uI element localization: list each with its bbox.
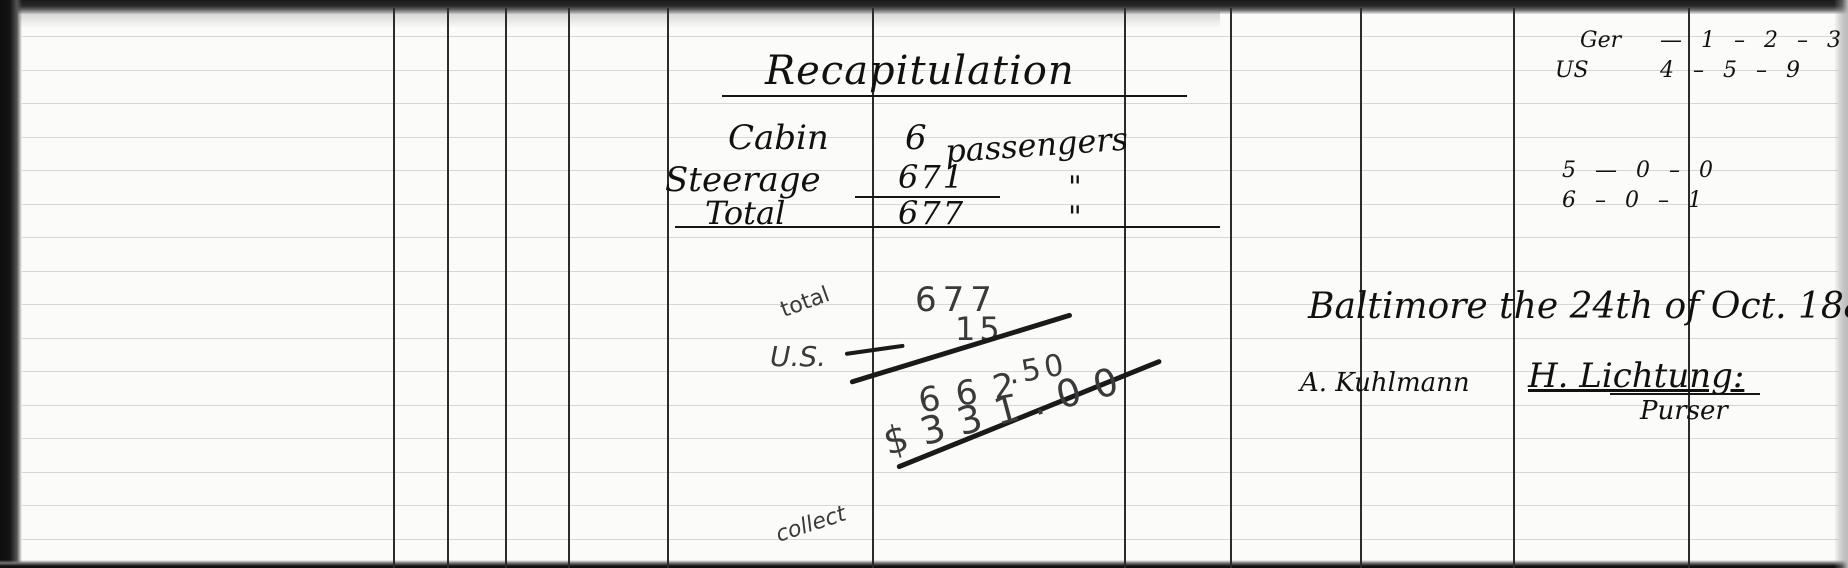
bottom-edge <box>0 560 1848 568</box>
ruled-line <box>22 237 1838 238</box>
ruled-line <box>22 36 1838 37</box>
pencil-collect-label: collect <box>773 501 849 547</box>
purser-signature: H. Lichtung: <box>1528 356 1744 396</box>
tally-label: US <box>1555 58 1589 83</box>
column-rule <box>505 8 507 568</box>
ruled-line <box>22 103 1838 104</box>
tally-values: — 1 – 2 – 3 <box>1660 28 1847 53</box>
cabin-label: Cabin <box>728 118 829 158</box>
pencil-us-label: U.S. <box>770 340 826 373</box>
ruled-line <box>22 271 1838 272</box>
purser-title: Purser <box>1640 396 1728 426</box>
ledger-page: Recapitulation Cabin 6 passengers Steera… <box>0 0 1848 568</box>
column-rule <box>568 8 570 568</box>
pencil-total-label: total <box>777 282 833 323</box>
column-rule <box>447 8 449 568</box>
steerage-count: 671 <box>898 158 965 196</box>
pencil-minus-stroke <box>845 344 905 356</box>
column-rule <box>667 8 669 568</box>
tally-values: 6 – 0 – 1 <box>1562 188 1708 213</box>
left-binding-edge <box>0 0 22 568</box>
ruled-line <box>22 472 1838 473</box>
witness-signature: A. Kuhlmann <box>1300 368 1470 398</box>
cabin-unit: passengers <box>944 120 1129 171</box>
ruled-line <box>22 338 1838 339</box>
tally-values: 4 – 5 – 9 <box>1660 58 1806 83</box>
total-ditto: " <box>1068 200 1082 235</box>
place-date: Baltimore the 24th of Oct. 1888 <box>1308 286 1848 327</box>
tally-values: 5 — 0 – 0 <box>1562 158 1719 183</box>
tally-label: Ger <box>1580 28 1621 53</box>
ruled-line <box>22 505 1838 506</box>
column-rule <box>1230 8 1232 568</box>
right-edge-shadow <box>1834 0 1848 568</box>
heading-underline <box>722 95 1187 97</box>
column-rule <box>393 8 395 568</box>
ruled-line <box>22 539 1838 540</box>
total-underline <box>675 226 1220 228</box>
cabin-count: 6 <box>905 118 927 158</box>
top-edge-shadow <box>20 10 1220 28</box>
signature-flourish <box>1610 393 1760 395</box>
ruled-line <box>22 137 1838 138</box>
recap-heading: Recapitulation <box>765 48 1075 94</box>
column-rule <box>1124 8 1126 568</box>
